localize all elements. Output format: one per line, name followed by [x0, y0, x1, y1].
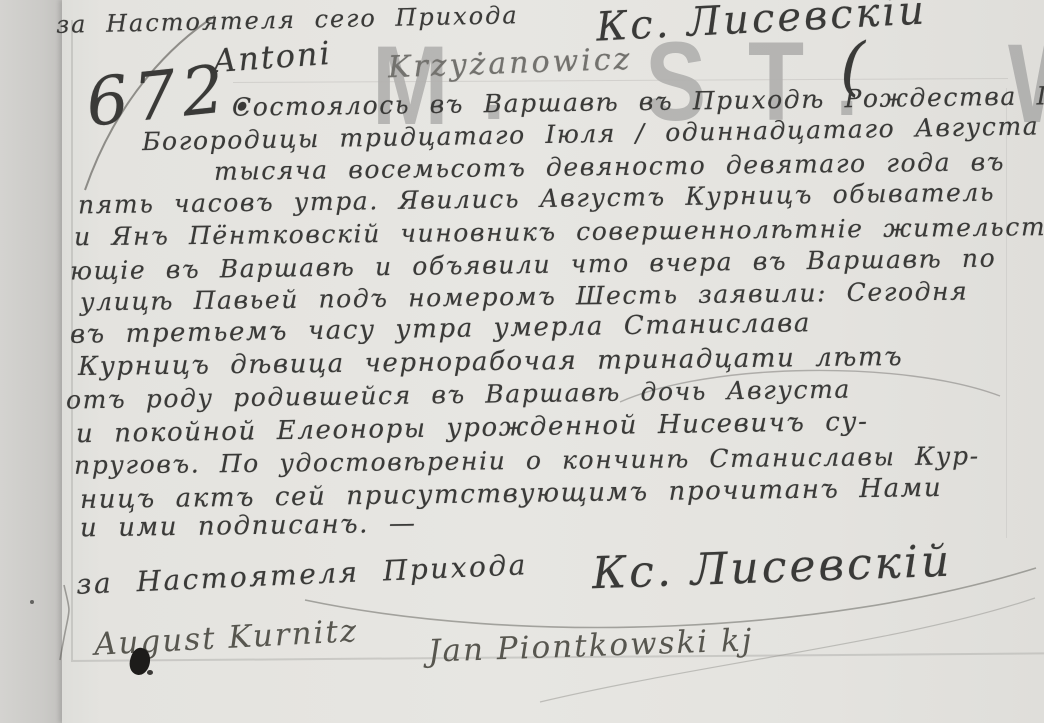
body-line: и ими подписанъ. —	[80, 509, 417, 544]
ink-speck	[30, 600, 34, 604]
scan-margin-band	[0, 0, 62, 723]
frame-right-rule	[1006, 88, 1007, 538]
scanned-record-page: M . S T . W за Настоятеля сего Прихода К…	[0, 0, 1044, 723]
ink-speck	[147, 670, 153, 675]
